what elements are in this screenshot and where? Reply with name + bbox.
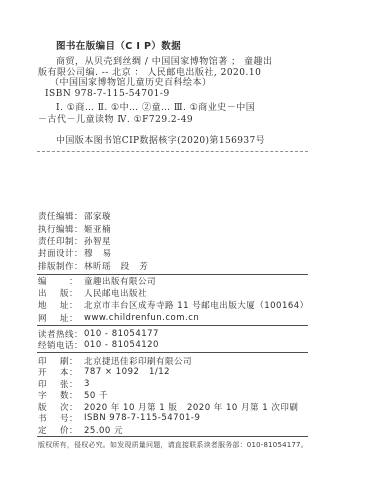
label-char: 刷： [60,355,78,367]
label-char: 址： [60,299,78,311]
copyright-colophon-page: 图书在版编目（C I P）数据 商贸，从贝壳到丝绸 / 中国国家博物馆著 ； 童… [0,0,375,488]
hotline-row: 经销电话： 010 - 81054120 [38,340,159,352]
print-label: 定价： [38,424,78,436]
label-char: 号： [60,412,78,424]
label-char: ： [69,275,78,287]
staff-value: 邵家璇 [84,210,111,222]
staff-label: 排版制作： [38,260,84,272]
staff-credits: 责任编辑： 邵家璇 执行编辑： 姬亚楠 责任印制： 孙智星 封面设计： 穆 易 … [38,210,148,272]
label-char: 网 [38,312,47,324]
publisher-row: 编： 童趣出版有限公司 [38,275,309,287]
print-label: 印张： [38,378,78,390]
publisher-value: 北京市丰台区成寿寺路 11 号邮电出版大厦（100164） [84,299,309,311]
staff-label: 责任印制： [38,235,84,247]
staff-label: 封面设计： [38,247,84,259]
section-divider [37,352,308,353]
print-value: 2020 年 10 月第 1 版 2020 年 10 月第 1 次印刷 [84,401,298,413]
print-value: 3 [84,379,90,389]
hotline-number: 010 - 81054120 [84,340,159,350]
print-label: 开本： [38,366,78,378]
staff-label: 执行编辑： [38,223,84,235]
dashed-divider [37,151,308,152]
label-char: 址： [60,312,78,324]
print-value: 787 × 1092 1/12 [84,367,170,377]
cip-class-line: －古代－儿童读物 Ⅳ. ①F729.2-49 [38,114,318,126]
label-char: 版： [60,287,78,299]
cip-description-line: 版有限公司编. -- 北京 ： 人民邮电出版社, 2020.10 [38,68,318,79]
hotline-row: 读者热线： 010 - 81054177 [38,328,159,340]
cip-record-number: 中国版本图书馆CIP数据核字(2020)第156937号 [38,133,265,146]
label-char: 字 [38,389,47,401]
publisher-label: 出版： [38,287,78,299]
publisher-label: 编： [38,275,78,287]
staff-value: 林昕瑶 段 芳 [84,260,148,272]
cip-description: 商贸，从贝壳到丝绸 / 中国国家博物馆著 ； 童趣出 版有限公司编. -- 北京… [38,57,318,99]
staff-label: 责任编辑： [38,210,84,222]
staff-row: 排版制作： 林昕瑶 段 芳 [38,260,148,272]
staff-row: 责任编辑： 邵家璇 [38,210,148,222]
print-label: 字数： [38,389,78,401]
cip-series-line: （中国国家博物馆儿童历史百科绘本） [38,78,318,89]
print-price: 25.00 元 [84,424,123,436]
cip-classification: Ⅰ. ①商… Ⅱ. ①中… ②童… Ⅲ. ①商业史－中国 －古代－儿童读物 Ⅳ.… [38,102,318,126]
print-label: 书号： [38,412,78,424]
label-char: 版 [38,401,47,413]
label-char: 印 [38,355,47,367]
print-isbn: ISBN 978-7-115-54701-9 [84,413,200,423]
hotline-label: 经销电话： [38,339,84,351]
publisher-website: www.childrenfun.com.cn [84,313,199,323]
label-char: 次： [60,401,78,413]
cip-isbn-line: ISBN 978-7-115-54701-9 [38,89,318,100]
print-label: 印刷： [38,355,78,367]
staff-row: 执行编辑： 姬亚楠 [38,222,148,234]
section-divider [37,436,308,437]
label-char: 张： [60,378,78,390]
print-row: 印张： 3 [38,378,298,390]
hotline-number: 010 - 81054177 [84,329,159,339]
print-row: 印刷： 北京捷迅佳彩印刷有限公司 [38,355,298,367]
staff-value: 姬亚楠 [84,223,111,235]
copyright-notice: 版权所有，侵权必究。如发现质量问题，请直接联系读者服务部：010-8105417… [38,440,338,450]
cip-class-line: Ⅰ. ①商… Ⅱ. ①中… ②童… Ⅲ. ①商业史－中国 [38,102,318,114]
publisher-value: 人民邮电出版社 [84,287,147,299]
publisher-row: 地址： 北京市丰台区成寿寺路 11 号邮电出版大厦（100164） [38,299,309,311]
cip-description-line: 商贸，从贝壳到丝绸 / 中国国家博物馆著 ； 童趣出 [38,57,318,68]
publisher-label: 地址： [38,299,78,311]
publisher-row: 网址： www.childrenfun.com.cn [38,312,309,324]
print-row: 版次： 2020 年 10 月第 1 版 2020 年 10 月第 1 次印刷 [38,401,298,413]
publisher-value: 童趣出版有限公司 [84,275,156,287]
print-value: 50 千 [84,389,108,401]
hotline-info: 读者热线： 010 - 81054177 经销电话： 010 - 8105412… [38,328,159,351]
section-divider [37,325,308,326]
label-char: 编 [38,275,47,287]
label-char: 价： [60,424,78,436]
label-char: 定 [38,424,47,436]
print-label: 版次： [38,401,78,413]
label-char: 书 [38,412,47,424]
label-char: 印 [38,378,47,390]
staff-value: 孙智星 [84,235,111,247]
print-row: 开本： 787 × 1092 1/12 [38,367,298,379]
print-row: 字数： 50 千 [38,390,298,402]
hotline-label: 读者热线： [38,328,84,340]
label-char: 出 [38,287,47,299]
staff-value: 穆 易 [84,247,112,259]
print-value: 北京捷迅佳彩印刷有限公司 [84,355,192,367]
print-info: 印刷： 北京捷迅佳彩印刷有限公司 开本： 787 × 1092 1/12 印张：… [38,355,298,436]
staff-row: 责任印制： 孙智星 [38,235,148,247]
publisher-label: 网址： [38,312,78,324]
label-char: 开 [38,366,47,378]
print-row: 定价： 25.00 元 [38,424,298,436]
staff-row: 封面设计： 穆 易 [38,247,148,259]
print-row: 书号： ISBN 978-7-115-54701-9 [38,413,298,425]
cip-header: 图书在版编目（C I P）数据 [56,38,181,52]
label-char: 数： [60,389,78,401]
publisher-row: 出版： 人民邮电出版社 [38,287,309,299]
label-char: 地 [38,299,47,311]
publisher-info: 编： 童趣出版有限公司 出版： 人民邮电出版社 地址： 北京市丰台区成寿寺路 1… [38,275,309,324]
label-char: 本： [60,366,78,378]
